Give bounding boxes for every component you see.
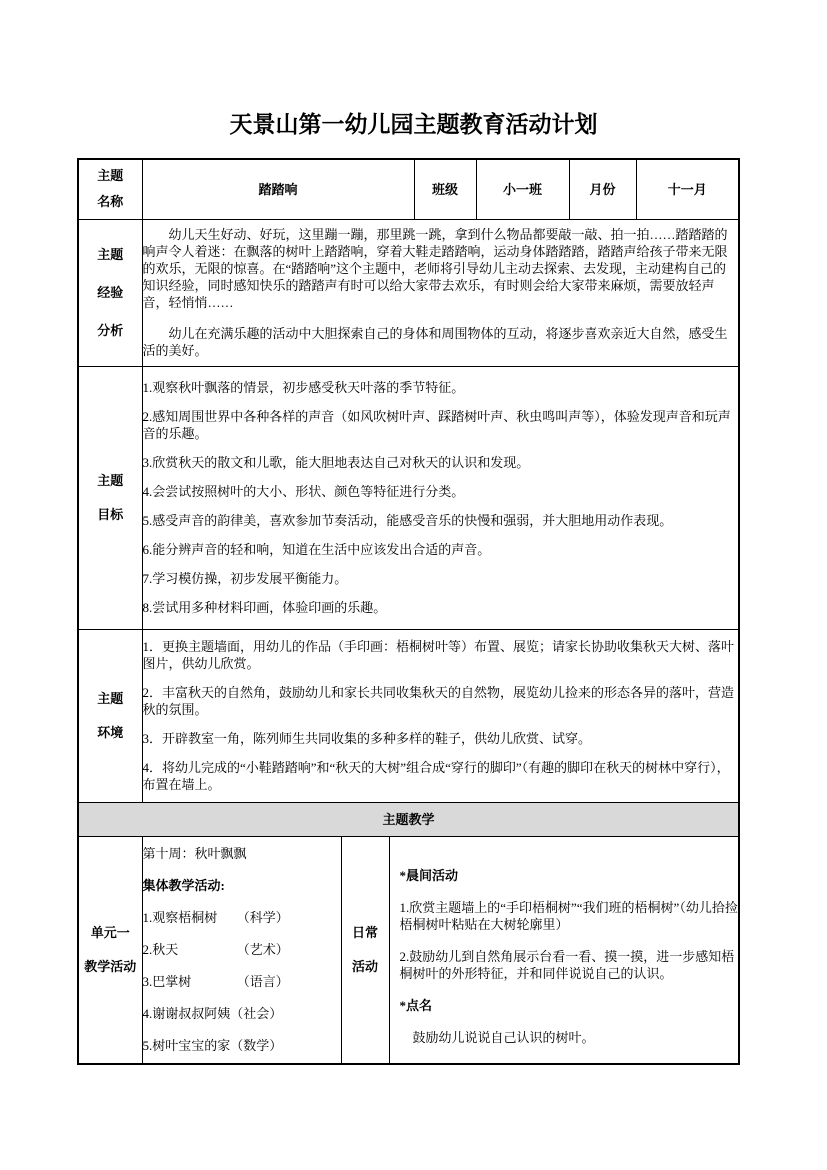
morning-activity-item: 1.欣赏主题墙上的“手印梧桐树”“我们班的梧桐树”（幼儿拾捡梧桐树叶粘贴在大树轮… [400, 899, 739, 933]
analysis-label-line2: 经验 [79, 274, 142, 312]
analysis-content: 幼儿天生好动、好玩，这里蹦一蹦，那里跳一跳，拿到什么物品都要敲一敲、拍一拍……踏… [142, 219, 739, 366]
environment-content: 1．更换主题墙面，用幼儿的作品（手印画：梧桐树叶等）布置、展览；请家长协助收集秋… [142, 629, 739, 802]
daily-label: 日常 活动 [341, 836, 389, 1064]
environment-label-line2: 环境 [79, 716, 142, 750]
teaching-band-title: 主题教学 [78, 802, 739, 836]
analysis-row: 主题 经验 分析 幼儿天生好动、好玩，这里蹦一蹦，那里跳一跳，拿到什么物品都要敲… [78, 219, 739, 366]
environment-item: 3．开辟教室一角，陈列师生共同收集的多种多样的鞋子，供幼儿欣赏、试穿。 [143, 730, 739, 747]
info-row: 主题 名称 踏踏响 班级 小一班 月份 十一月 [78, 159, 739, 219]
unit-label-line1: 单元一 [79, 916, 142, 950]
group-teaching-heading: 集体教学活动: [143, 877, 341, 894]
goal-item: 2.感知周围世界中各种各样的声音（如风吹树叶声、踩踏树叶声、秋虫鸣叫声等），体验… [143, 408, 739, 442]
goal-item: 1.观察秋叶飘落的情景，初步感受秋天叶落的季节特征。 [143, 379, 739, 396]
unit-label: 单元一 教学活动 [78, 836, 142, 1064]
goals-label: 主题 目标 [78, 366, 142, 629]
theme-name-label: 主题 名称 [78, 159, 142, 219]
theme-name-label-line1: 主题 [79, 163, 142, 189]
goals-content: 1.观察秋叶飘落的情景，初步感受秋天叶落的季节特征。 2.感知周围世界中各种各样… [142, 366, 739, 629]
environment-label: 主题 环境 [78, 629, 142, 802]
analysis-label: 主题 经验 分析 [78, 219, 142, 366]
unit-label-line2: 教学活动 [79, 950, 142, 984]
goal-item: 4.会尝试按照树叶的大小、形状、颜色等特征进行分类。 [143, 483, 739, 500]
unit-activities-content: 第十周：秋叶飘飘 集体教学活动: 1.观察梧桐树 （科学） 2.秋天 （艺术） … [142, 836, 341, 1064]
teaching-band-row: 主题教学 [78, 802, 739, 836]
analysis-label-line1: 主题 [79, 236, 142, 274]
morning-activity-item: 2.鼓励幼儿到自然角展示台看一看、摸一摸，进一步感知梧桐树叶的外形特征，并和同伴… [400, 948, 739, 982]
environment-item: 4．将幼儿完成的“小鞋踏踏响”和“秋天的大树”组合成“穿行的脚印”（有趣的脚印在… [143, 759, 739, 793]
theme-name-value: 踏踏响 [142, 159, 414, 219]
morning-activity-heading: *晨间活动 [400, 867, 739, 884]
theme-name-label-line2: 名称 [79, 189, 142, 215]
analysis-paragraph: 幼儿在充满乐趣的活动中大胆探索自己的身体和周围物体的互动，将逐步喜欢亲近大自然，… [143, 325, 739, 359]
activity-item: 2.秋天 （艺术） [143, 941, 341, 958]
daily-label-line1: 日常 [342, 916, 389, 950]
document-title: 天景山第一幼儿园主题教育活动计划 [0, 106, 827, 139]
daily-label-line2: 活动 [342, 950, 389, 984]
month-label: 月份 [569, 159, 636, 219]
goal-item: 6.能分辨声音的轻和响，知道在生活中应该发出合适的声音。 [143, 541, 739, 558]
environment-label-line1: 主题 [79, 682, 142, 716]
class-value: 小一班 [476, 159, 569, 219]
goal-item: 7.学习模仿操，初步发展平衡能力。 [143, 570, 739, 587]
rollcall-heading: *点名 [400, 997, 739, 1014]
analysis-paragraph: 幼儿天生好动、好玩，这里蹦一蹦，那里跳一跳，拿到什么物品都要敲一敲、拍一拍……踏… [143, 226, 739, 311]
month-value: 十一月 [636, 159, 739, 219]
activity-item: 5.树叶宝宝的家（数学） [143, 1037, 341, 1054]
week-title: 第十周：秋叶飘飘 [143, 845, 341, 862]
goal-item: 8.尝试用多种材料印画，体验印画的乐趣。 [143, 599, 739, 616]
activity-item: 3.巴掌树 （语言） [143, 973, 341, 990]
daily-content: *晨间活动 1.欣赏主题墙上的“手印梧桐树”“我们班的梧桐树”（幼儿拾捡梧桐树叶… [389, 836, 739, 1064]
activity-plan-table: 主题 名称 踏踏响 班级 小一班 月份 十一月 主题 经验 分析 幼儿天生好动、… [77, 158, 740, 1065]
rollcall-text: 鼓励幼儿说说自己认识的树叶。 [400, 1029, 739, 1046]
goals-label-line1: 主题 [79, 464, 142, 498]
goals-label-line2: 目标 [79, 498, 142, 532]
environment-item: 1．更换主题墙面，用幼儿的作品（手印画：梧桐树叶等）布置、展览；请家长协助收集秋… [143, 638, 739, 672]
goal-item: 5.感受声音的韵律美，喜欢参加节奏活动，能感受音乐的快慢和强弱，并大胆地用动作表… [143, 512, 739, 529]
activity-item: 1.观察梧桐树 （科学） [143, 909, 341, 926]
activity-item: 4.谢谢叔叔阿姨（社会） [143, 1005, 341, 1022]
environment-row: 主题 环境 1．更换主题墙面，用幼儿的作品（手印画：梧桐树叶等）布置、展览；请家… [78, 629, 739, 802]
goal-item: 3.欣赏秋天的散文和儿歌，能大胆地表达自己对秋天的认识和发现。 [143, 454, 739, 471]
environment-item: 2．丰富秋天的自然角，鼓励幼儿和家长共同收集秋天的自然物，展览幼儿捡来的形态各异… [143, 684, 739, 718]
class-label: 班级 [414, 159, 476, 219]
analysis-label-line3: 分析 [79, 312, 142, 350]
unit-row: 单元一 教学活动 第十周：秋叶飘飘 集体教学活动: 1.观察梧桐树 （科学） 2… [78, 836, 739, 1064]
goals-row: 主题 目标 1.观察秋叶飘落的情景，初步感受秋天叶落的季节特征。 2.感知周围世… [78, 366, 739, 629]
